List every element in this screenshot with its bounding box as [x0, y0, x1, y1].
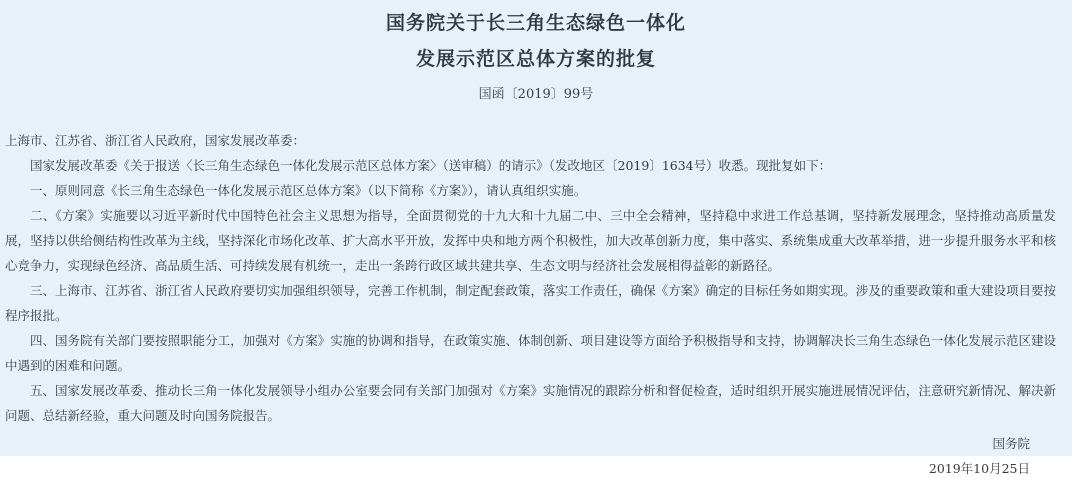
- salutation-line: 上海市、江苏省、浙江省人民政府，国家发展改革委：: [5, 128, 1056, 153]
- paragraph-item-1: 一、原则同意《长三角生态绿色一体化发展示范区总体方案》（以下简称《方案》），请认…: [5, 178, 1056, 203]
- paragraph-item-3: 三、上海市、江苏省、浙江省人民政府要切实加强组织领导，完善工作机制，制定配套政策…: [5, 278, 1056, 328]
- paragraph-item-5: 五、国家发展改革委、推动长三角一体化发展领导小组办公室要会同有关部门加强对《方案…: [5, 378, 1056, 428]
- signature-block: 国务院 2019年10月25日: [0, 431, 1072, 456]
- paragraph-item-4: 四、国务院有关部门要按照职能分工，加强对《方案》实施的协调和指导，在政策实施、体…: [5, 328, 1056, 378]
- page-title-line1: 国务院关于长三角生态绿色一体化: [0, 10, 1072, 36]
- document-page: 国务院关于长三角生态绿色一体化 发展示范区总体方案的批复 国函〔2019〕99号…: [0, 0, 1072, 456]
- document-number: 国函〔2019〕99号: [0, 85, 1072, 105]
- document-body: 上海市、江苏省、浙江省人民政府，国家发展改革委： 国家发展改革委《关于报送〈长三…: [0, 128, 1072, 428]
- right-edge-margin: [1072, 0, 1080, 456]
- signature-name: 国务院: [0, 431, 1030, 456]
- paragraph-item-2: 二、《方案》实施要以习近平新时代中国特色社会主义思想为指导，全面贯彻党的十九大和…: [5, 203, 1056, 278]
- paragraph-intro: 国家发展改革委《关于报送〈长三角生态绿色一体化发展示范区总体方案〉（送审稿）的请…: [5, 153, 1056, 178]
- page-title-line2: 发展示范区总体方案的批复: [0, 46, 1072, 72]
